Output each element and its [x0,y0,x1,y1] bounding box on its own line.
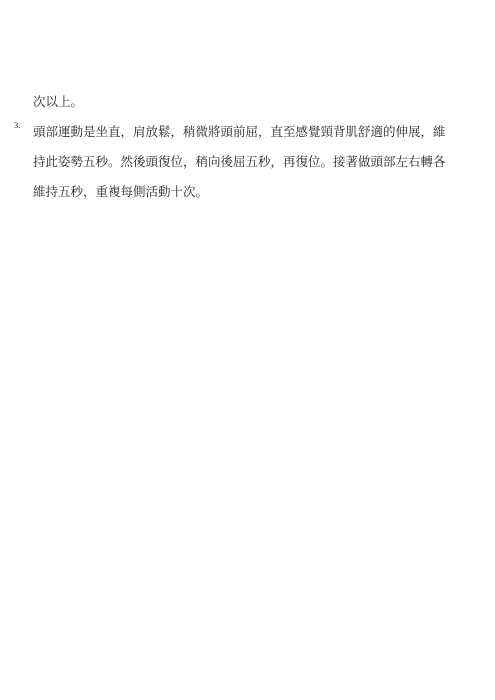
document-page: 次以上。 3. 頭部運動是坐直，肩放鬆，稍微將頭前屈，直至感覺頸背肌舒適的伸展，… [0,0,495,700]
paragraph-tail-text: 次以上。 [33,95,83,109]
list-item-text-line-3: 維持五秒，重複每側活動十次。 [33,177,448,207]
list-item-text-line-1: 頭部運動是坐直，肩放鬆，稍微將頭前屈，直至感覺頸背肌舒適的伸展，維 [33,117,448,147]
list-item-body: 頭部運動是坐直，肩放鬆，稍微將頭前屈，直至感覺頸背肌舒適的伸展，維 持此姿勢五秒… [33,117,448,207]
list-item-number: 3. [14,121,20,130]
list-item-text-line-2: 持此姿勢五秒。然後頭復位，稍向後屈五秒，再復位。接著做頭部左右轉各 [33,147,448,177]
